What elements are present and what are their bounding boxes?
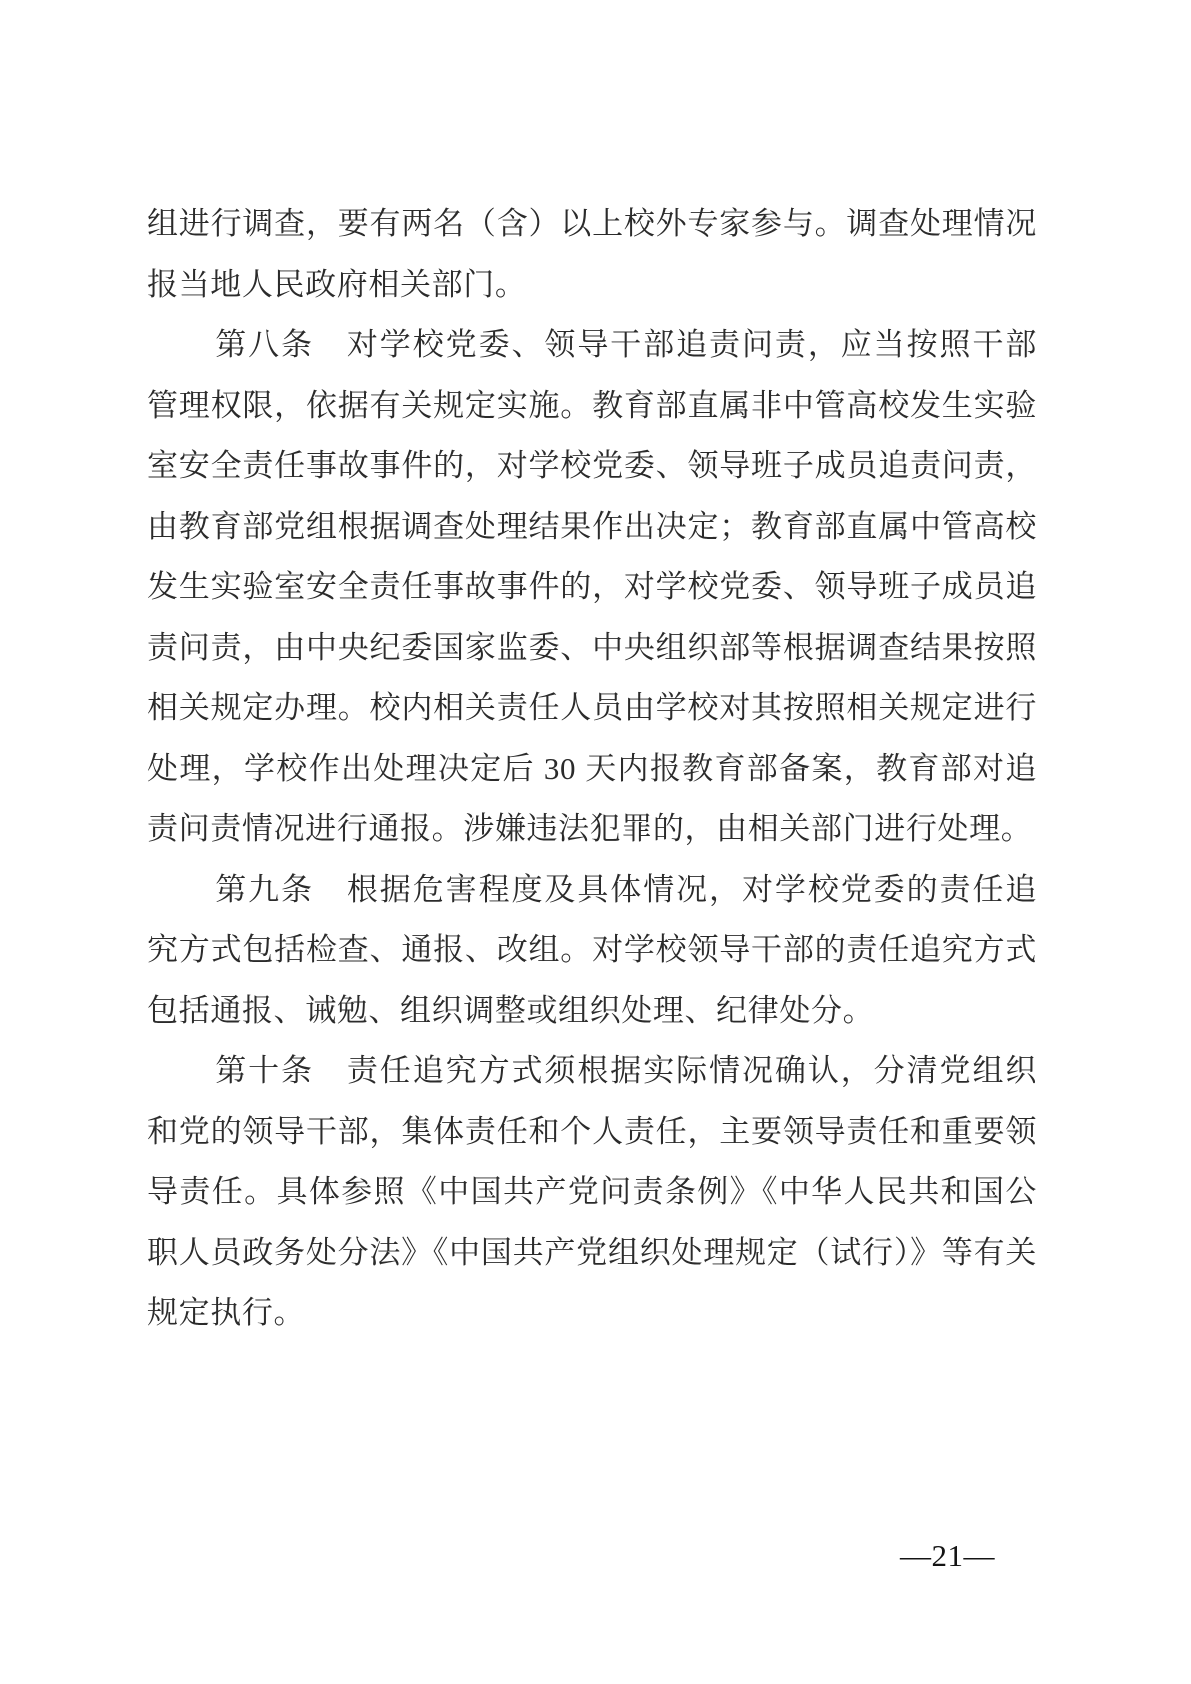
paragraph-article-9: 第九条 根据危害程度及具体情况，对学校党委的责任追究方式包括检查、通报、改组。对… xyxy=(147,860,1037,1042)
page-footer: —21— xyxy=(0,1538,1191,1588)
page-number: —21— xyxy=(900,1538,995,1574)
document-body: 组进行调查，要有两名（含）以上校外专家参与。调查处理情况报当地人民政府相关部门。… xyxy=(147,194,1037,1344)
document-page: 组进行调查，要有两名（含）以上校外专家参与。调查处理情况报当地人民政府相关部门。… xyxy=(0,0,1191,1684)
paragraph-article-10: 第十条 责任追究方式须根据实际情况确认，分清党组织和党的领导干部，集体责任和个人… xyxy=(147,1041,1037,1344)
paragraph-article-8: 第八条 对学校党委、领导干部追责问责，应当按照干部管理权限，依据有关规定实施。教… xyxy=(147,315,1037,860)
paragraph-continuation: 组进行调查，要有两名（含）以上校外专家参与。调查处理情况报当地人民政府相关部门。 xyxy=(147,194,1037,315)
